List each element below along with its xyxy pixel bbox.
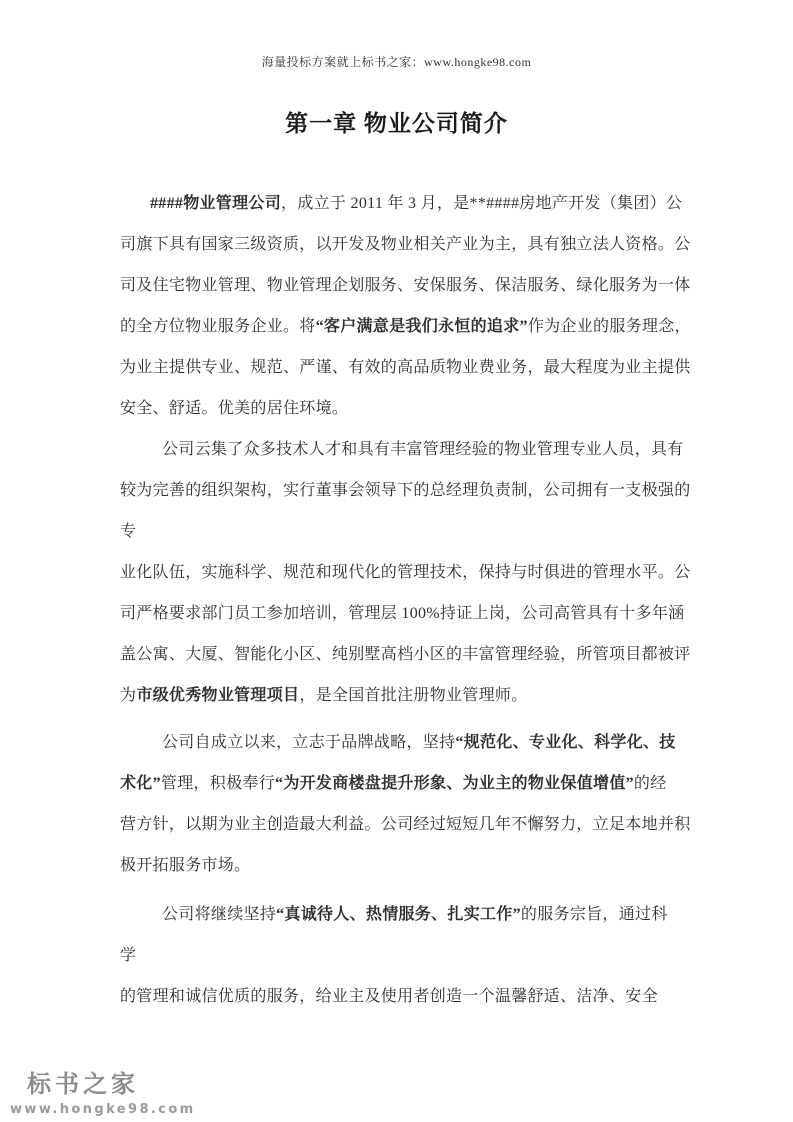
- text-run: ，成立于 2011 年 3 月，是**####房地产开发（集团）公: [281, 195, 682, 212]
- text-run: 公司自成立以来，立志于品牌战略，坚持: [162, 734, 455, 751]
- bold-text-run: “真诚待人、热情服务、扎实工作”: [276, 906, 521, 923]
- bold-text-run: 术化”: [120, 775, 161, 792]
- text-line: 极开拓服务市场。: [120, 845, 690, 886]
- bold-text-run: “为开发商楼盘提升形象、为业主的物业保值增值”: [275, 775, 634, 792]
- chapter-title: 第一章 物业公司简介: [0, 105, 793, 138]
- watermark-logo: 标书之家: [27, 1064, 196, 1099]
- text-line: 安全、舒适。优美的居住环境。: [120, 388, 690, 429]
- text-run: 司严格要求部门员工参加培训，管理层 100%持证上岗，公司高管具有十多年涵: [120, 605, 684, 622]
- text-run: 的服务宗旨，通过科: [521, 906, 668, 923]
- text-line: 盖公寓、大厦、智能化小区、纯别墅高档小区的丰富管理经验，所管项目都被评: [120, 634, 690, 675]
- paragraph: 公司云集了众多技术人才和具有丰富管理经验的物业管理专业人员，具有较为完善的组织架…: [120, 429, 690, 716]
- text-line: 为市级优秀物业管理项目，是全国首批注册物业管理师。: [120, 675, 690, 716]
- text-line: 公司云集了众多技术人才和具有丰富管理经验的物业管理专业人员，具有: [120, 429, 690, 470]
- text-run: 的管理和诚信优质的服务，给业主及使用者创造一个温馨舒适、洁净、安全: [120, 988, 658, 1005]
- text-run: ，是全国首批注册物业管理师。: [299, 687, 527, 704]
- page-header-text: 海量投标方案就上标书之家：www.hongke98.com: [0, 53, 793, 70]
- text-line: 术化”管理，积极奉行“为开发商楼盘提升形象、为业主的物业保值增值”的经: [120, 763, 690, 804]
- text-run: 公司云集了众多技术人才和具有丰富管理经验的物业管理专业人员，具有: [162, 441, 684, 458]
- bold-text-run: “规范化、专业化、科学化、技: [455, 734, 675, 751]
- text-run: 为: [120, 687, 136, 704]
- watermark: 标书之家 www.hongke98.com: [10, 1064, 196, 1117]
- text-line: 学: [120, 935, 690, 976]
- paragraph: 公司将继续坚持“真诚待人、热情服务、扎实工作”的服务宗旨，通过科学的管理和诚信优…: [120, 894, 690, 1017]
- text-line: 营方针，以期为业主创造最大利益。公司经过短短几年不懈努力，立足本地并积: [120, 804, 690, 845]
- text-run: 营方针，以期为业主创造最大利益。公司经过短短几年不懈努力，立足本地并积: [120, 816, 691, 833]
- text-line: 专: [120, 511, 690, 552]
- text-line: 公司将继续坚持“真诚待人、热情服务、扎实工作”的服务宗旨，通过科: [120, 894, 690, 935]
- text-line: 的全方位物业服务企业。将“客户满意是我们永恒的追求”作为企业的服务理念，: [120, 306, 690, 347]
- text-run: 较为完善的组织架构，实行董事会领导下的总经理负责制，公司拥有一支极强的: [120, 482, 691, 499]
- text-line: 的管理和诚信优质的服务，给业主及使用者创造一个温馨舒适、洁净、安全: [120, 976, 690, 1017]
- document-body: ####物业管理公司，成立于 2011 年 3 月，是**####房地产开发（集…: [120, 183, 690, 1017]
- text-run: 业化队伍，实施科学、规范和现代化的管理技术，保持与时俱进的管理水平。公: [120, 564, 691, 581]
- text-line: 为业主提供专业、规范、严谨、有效的高品质物业费业务，最大程度为业主提供: [120, 347, 690, 388]
- text-line: 司严格要求部门员工参加培训，管理层 100%持证上岗，公司高管具有十多年涵: [120, 593, 690, 634]
- text-run: 作为企业的服务理念，: [528, 318, 691, 335]
- paragraph: ####物业管理公司，成立于 2011 年 3 月，是**####房地产开发（集…: [120, 183, 690, 429]
- text-run: 盖公寓、大厦、智能化小区、纯别墅高档小区的丰富管理经验，所管项目都被评: [120, 646, 691, 663]
- text-run: 极开拓服务市场。: [120, 857, 250, 874]
- watermark-url: www.hongke98.com: [10, 1102, 196, 1117]
- text-line: 公司自成立以来，立志于品牌战略，坚持“规范化、专业化、科学化、技: [120, 722, 690, 763]
- text-run: 为业主提供专业、规范、严谨、有效的高品质物业费业务，最大程度为业主提供: [120, 359, 691, 376]
- text-run: 的全方位物业服务企业。将: [120, 318, 316, 335]
- text-line: 业化队伍，实施科学、规范和现代化的管理技术，保持与时俱进的管理水平。公: [120, 552, 690, 593]
- text-line: ####物业管理公司，成立于 2011 年 3 月，是**####房地产开发（集…: [120, 183, 690, 224]
- text-line: 较为完善的组织架构，实行董事会领导下的总经理负责制，公司拥有一支极强的: [120, 470, 690, 511]
- bold-text-run: “客户满意是我们永恒的追求”: [316, 318, 528, 335]
- bold-text-run: ####物业管理公司: [150, 195, 281, 212]
- text-run: 专: [120, 523, 136, 540]
- text-run: 司旗下具有国家三级资质，以开发及物业相关产业为主，具有独立法人资格。公: [120, 236, 691, 253]
- text-run: 安全、舒适。优美的居住环境。: [120, 400, 348, 417]
- bold-text-run: 市级优秀物业管理项目: [136, 687, 299, 704]
- text-run: 公司将继续坚持: [162, 906, 276, 923]
- paragraph: 公司自成立以来，立志于品牌战略，坚持“规范化、专业化、科学化、技术化”管理，积极…: [120, 722, 690, 886]
- text-run: 司及住宅物业管理、物业管理企划服务、安保服务、保洁服务、绿化服务为一体: [120, 277, 691, 294]
- text-line: 司及住宅物业管理、物业管理企划服务、安保服务、保洁服务、绿化服务为一体: [120, 265, 690, 306]
- text-line: 司旗下具有国家三级资质，以开发及物业相关产业为主，具有独立法人资格。公: [120, 224, 690, 265]
- document-page: 海量投标方案就上标书之家：www.hongke98.com 第一章 物业公司简介…: [0, 0, 793, 1122]
- text-run: 管理，积极奉行: [161, 775, 275, 792]
- text-run: 的经: [634, 775, 667, 792]
- text-run: 学: [120, 947, 136, 964]
